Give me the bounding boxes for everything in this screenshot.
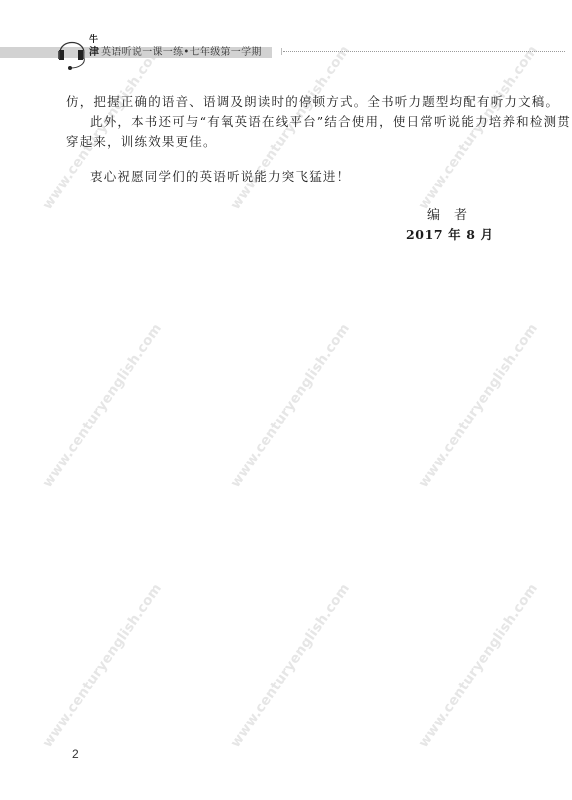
author-signature: 编者 <box>427 204 481 223</box>
watermark: www.centuryenglish.com <box>39 581 165 751</box>
watermark: www.centuryenglish.com <box>227 321 353 491</box>
running-header: 牛 津 英语听说一课一练•七年级第一学期 <box>0 30 572 80</box>
closing-wish: 衷心祝愿同学们的英语听说能力突飞猛进！ <box>90 167 350 187</box>
watermark: www.centuryenglish.com <box>415 581 541 751</box>
brand-mark-bottom: 津 <box>89 47 99 58</box>
publication-date: 2017 年 8 月 <box>406 225 494 243</box>
paragraph: 仿，把握正确的语音、语调及朗读时的停顿方式。全书听力题型均配有听力文稿。 <box>66 92 559 112</box>
document-page: www.centuryenglish.com www.centuryenglis… <box>0 0 572 800</box>
watermark: www.centuryenglish.com <box>227 581 353 751</box>
page-number: 2 <box>72 747 79 761</box>
headphone-icon <box>56 33 88 71</box>
brand-mark-top: 牛 <box>89 36 98 45</box>
watermark: www.centuryenglish.com <box>39 321 165 491</box>
paragraph: 此外，本书还可与“有氧英语在线平台”结合使用，使日常听说能力培养和检测贯 <box>90 112 571 132</box>
paragraph-continuation: 穿起来，训练效果更佳。 <box>66 132 217 152</box>
watermark: www.centuryenglish.com <box>415 321 541 491</box>
book-title: 英语听说一课一练•七年级第一学期 <box>101 47 262 58</box>
header-divider <box>281 48 282 55</box>
header-dotted-rule <box>283 51 565 52</box>
